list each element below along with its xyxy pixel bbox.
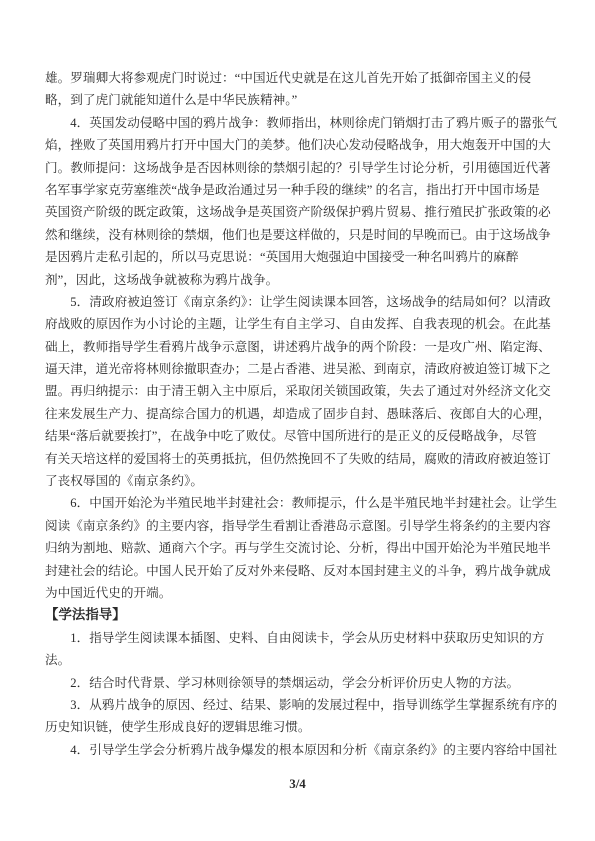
text-line: 础上，教师指导学生看鸦片战争示意图，讲述鸦片战争的两个阶段：一是攻广州、陷定海、	[45, 336, 547, 358]
text-line: 为中国近代史的开端。	[45, 582, 547, 604]
text-line: 阅读《南京条约》的主要内容，指导学生看割让香港岛示意图。引导学生将条约的主要内容	[45, 515, 547, 537]
text-line: 封建社会的结论。中国人民开始了反对外来侵略、反对本国封建主义的斗争，鸦片战争就成	[45, 560, 547, 582]
text-line: 名军事学家克劳塞维茨“战争是政治通过另一种手段的继续” 的名言，指出打开中国市场…	[45, 179, 547, 201]
text-line: 焰，挫败了英国用鸦片打开中国大门的美梦。他们决心发动侵略战争，用大炮轰开中国的大	[45, 134, 547, 156]
text-line: 2．结合时代背景、学习林则徐领导的禁烟运动，学会分析评价历史人物的方法。	[45, 672, 547, 694]
text-line: 4．引导学生学会分析鸦片战争爆发的根本原因和分析《南京条约》的主要内容给中国社	[45, 739, 547, 761]
text-line: 历史知识链，使学生形成良好的逻辑思维习惯。	[45, 716, 547, 738]
text-line: 雄。罗瑞卿大将参观虎门时说过：“中国近代史就是在这儿首先开始了抵御帝国主义的侵	[45, 67, 547, 89]
text-line: 4．英国发动侵略中国的鸦片战争：教师指出，林则徐虎门销烟打击了鸦片贩子的嚣张气	[45, 112, 547, 134]
text-line: 剂”，因此，这场战争就被称为鸦片战争。	[45, 269, 547, 291]
text-line: 然和继续，没有林则徐的禁烟，他们也是要这样做的，只是时间的早晚而已。由于这场战争	[45, 224, 547, 246]
text-line: 有关天培这样的爱国将士的英勇抵抗，但仍然挽回不了失败的结局，腐败的清政府被迫签订	[45, 448, 547, 470]
text-line: 归纳为割地、赔款、通商六个字。再与学生交流讨论、分析，得出中国开始沦为半殖民地半	[45, 537, 547, 559]
text-line: 往来发展生产力、提高综合国力的机遇，却造成了固步自封、愚昧落后、夜郎自大的心理，	[45, 403, 547, 425]
text-line: 英国资产阶级的既定政策，这场战争是英国资产阶级保护鸦片贸易、推行殖民扩张政策的必	[45, 201, 547, 223]
text-line: 逼天津，道光帝将林则徐撤职查办；二是占香港、进吴淞、到南京，清政府被迫签订城下之	[45, 358, 547, 380]
text-line: 门。教师提问：这场战争是否因林则徐的禁烟引起的？引导学生讨论分析，引用德国近代著	[45, 157, 547, 179]
page-number: 3/4	[0, 775, 595, 793]
text-line: 是因鸦片走私引起的，所以马克思说：“英国用大炮强迫中国接受一种名叫鸦片的麻醉	[45, 246, 547, 268]
document-page: 雄。罗瑞卿大将参观虎门时说过：“中国近代史就是在这儿首先开始了抵御帝国主义的侵略…	[0, 0, 595, 841]
text-line: 法。	[45, 649, 547, 671]
text-line: 5．清政府被迫签订《南京条约》：让学生阅读课本回答，这场战争的结局如何？以清政	[45, 291, 547, 313]
text-line: 略，到了虎门就能知道什么是中华民族精神。”	[45, 89, 547, 111]
text-line: 了丧权辱国的《南京条约》。	[45, 470, 547, 492]
text-line: 6．中国开始沦为半殖民地半封建社会：教师提示，什么是半殖民地半封建社会。让学生	[45, 492, 547, 514]
text-line: 府战败的原因作为小讨论的主题，让学生有自主学习、自由发挥、自我表现的机会。在此基	[45, 313, 547, 335]
text-line: 3．从鸦片战争的原因、经过、结果、影响的发展过程中，指导训练学生掌握系统有序的	[45, 694, 547, 716]
section-heading: 【学法指导】	[45, 604, 547, 626]
text-line: 盟。再归纳提示：由于清王朝入主中原后，采取闭关锁国政策，失去了通过对外经济文化交	[45, 380, 547, 402]
text-line: 1．指导学生阅读课本插图、史料、自由阅读卡，学会从历史材料中获取历史知识的方	[45, 627, 547, 649]
document-text-block: 雄。罗瑞卿大将参观虎门时说过：“中国近代史就是在这儿首先开始了抵御帝国主义的侵略…	[45, 67, 547, 761]
text-line: 结果“落后就要挨打”，在战争中吃了败仗。尽管中国所进行的是正义的反侵略战争，尽管	[45, 425, 547, 447]
